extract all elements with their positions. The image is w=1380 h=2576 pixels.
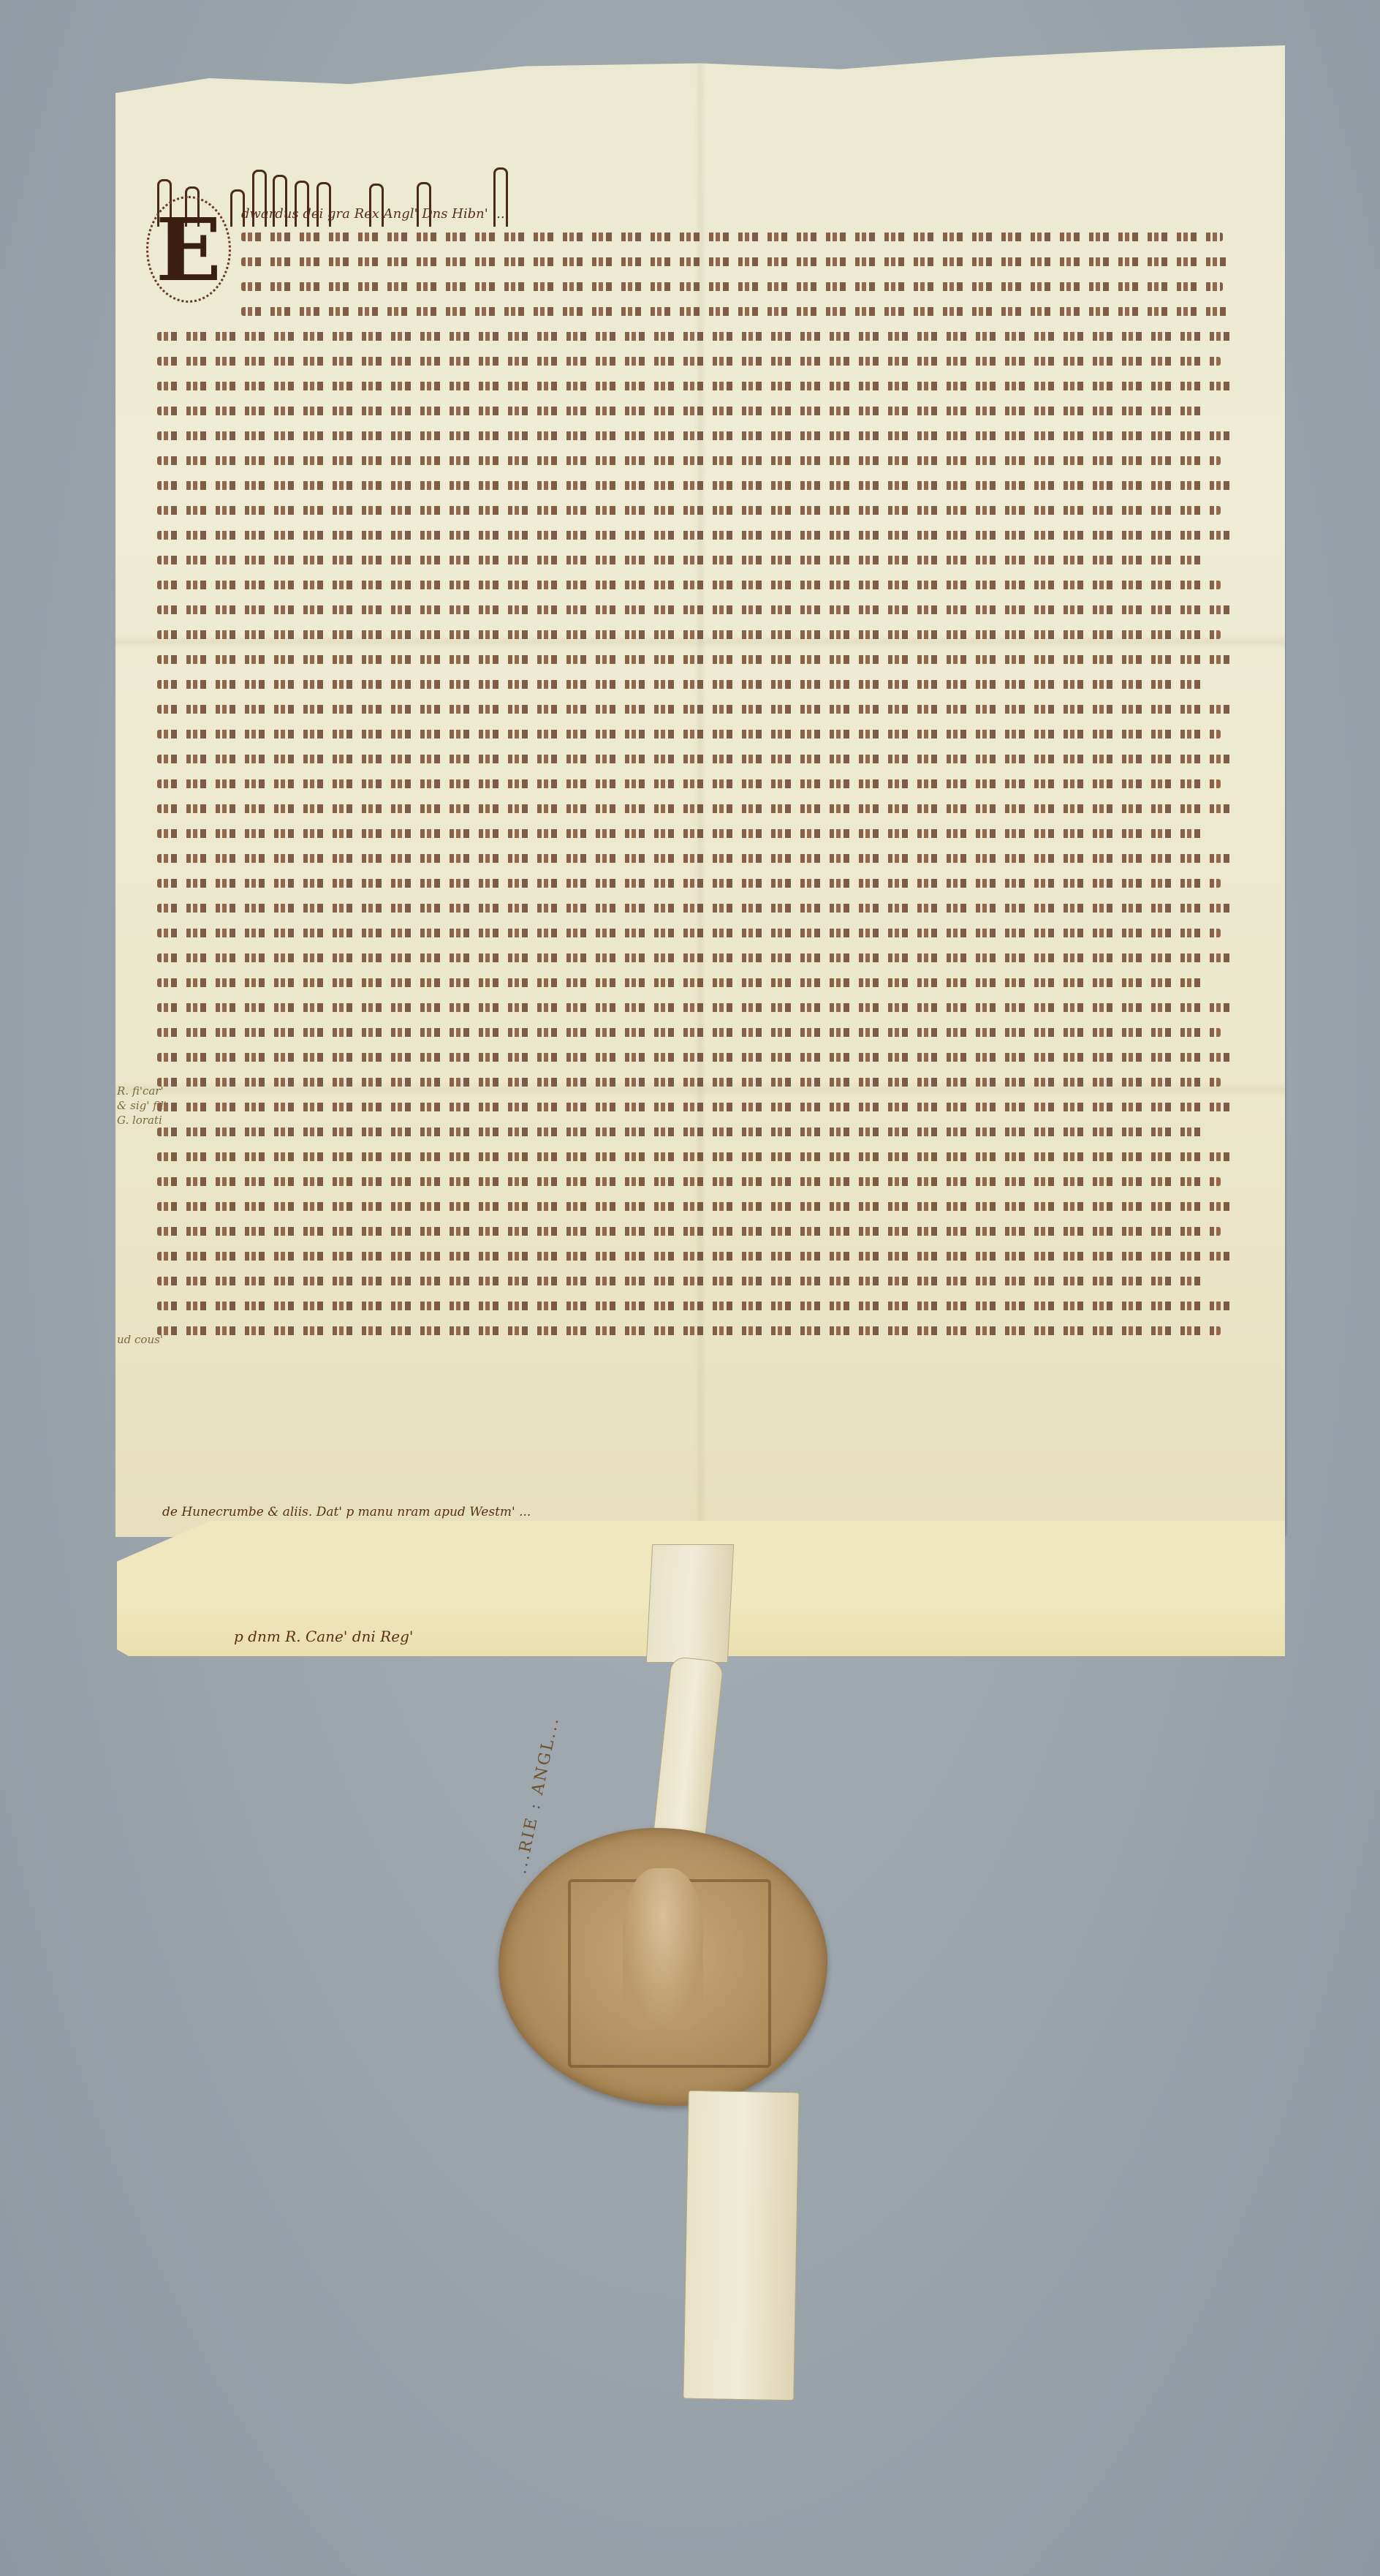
seal-tag-lower — [683, 2090, 799, 2401]
margin-note: ud cous' — [117, 1332, 163, 1347]
wax-seal: ...RIE : ANGL... — [498, 1828, 827, 2106]
margin-note: & sig' fil' — [117, 1098, 167, 1113]
seal-legend: ...RIE : ANGL... — [512, 1715, 563, 1876]
seal-tag-upper — [646, 1544, 734, 1663]
closing-clause: de Hunecrumbe & aliis. Dat' p manu nram … — [162, 1505, 531, 1519]
charter-text-initial-lines — [241, 233, 1243, 332]
charter-text-body — [157, 332, 1243, 1351]
seal-king-figure — [623, 1868, 703, 2029]
decorated-initial: E — [146, 196, 231, 303]
margin-note: G. lorati — [117, 1113, 162, 1128]
opening-words: dwardus dei gra Rex Angl' Dns Hibn' ... — [241, 206, 505, 222]
seal-tag-twist — [652, 1656, 724, 1852]
margin-note: R. fi'car' — [117, 1084, 164, 1098]
plica-endorsement: p dnm R. Cane' dni Reg' — [234, 1628, 413, 1645]
